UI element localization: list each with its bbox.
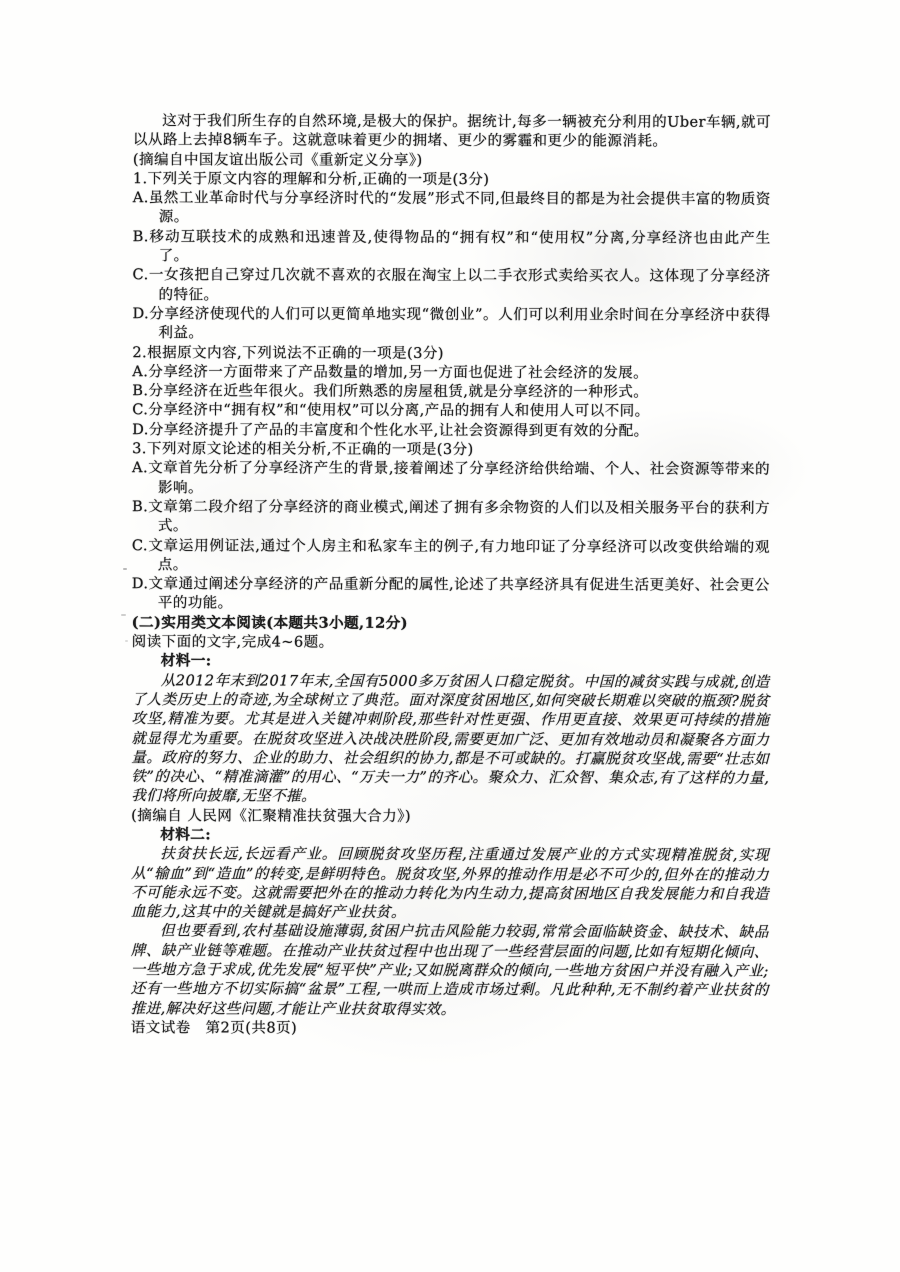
material-2-label: 材料二: (131, 825, 769, 846)
question-3-stem: 3.下列对原文论述的相关分析,不正确的一项是(3分) (132, 439, 770, 460)
material-1-attribution: (摘编自 人民网《汇聚精准扶贫强大合力》) (131, 806, 769, 827)
question-3-option-d: D.文章通过阐述分享经济的产品重新分配的属性,论述了共享经济具有促进生活更美好、… (132, 574, 770, 614)
question-2-option-a: A.分享经济一方面带来了产品数量的增加,另一方面也促进了社会经济的发展。 (132, 362, 770, 383)
question-1: 1.下列关于原文内容的理解和分析,正确的一项是(3分) A.虽然工业革命时代与分… (132, 169, 770, 344)
material-2-paragraph-2: 但也要看到,农村基础设施薄弱,贫困户抗击风险能力较弱,常常会面临缺资金、缺技术、… (131, 922, 769, 1020)
question-1-option-c: C.一女孩把自己穿过几次就不喜欢的衣服在淘宝上以二手衣形式卖给买衣人。这体现了分… (132, 266, 770, 306)
question-3-option-a: A.文章首先分析了分享经济产生的背景,接着阐述了分享经济给供给端、个人、社会资源… (132, 459, 770, 499)
question-3-option-c: C.文章运用例证法,通过个人房主和私家车主的例子,有力地印证了分享经济可以改变供… (132, 536, 770, 576)
scanned-exam-page: 这对于我们所生存的自然环境,是极大的保护。据统计,每多一辆被充分利用的Uber车… (0, 0, 900, 1272)
question-2-option-c: C.分享经济中“拥有权”和“使用权”可以分离,产品的拥有人和使用人可以不同。 (132, 401, 770, 422)
question-1-option-b: B.移动互联技术的成熟和迅速普及,使得物品的“拥有权”和“使用权”分离,分享经济… (133, 227, 771, 267)
material-2-paragraph-1: 扶贫扶长远,长远看产业。回顾脱贫攻坚历程,注重通过发展产业的方式实现精准脱贫,实… (131, 844, 769, 923)
page-number-footer: 语文试卷 第2页(共8页) (131, 1018, 769, 1039)
question-2-option-d: D.分享经济提升了产品的丰富度和个性化水平,让社会资源得到更有效的分配。 (132, 420, 770, 441)
question-2-option-b: B.分享经济在近些年很火。我们所熟悉的房屋租赁,就是分享经济的一种形式。 (132, 381, 770, 402)
material-1-paragraph: 从2012年末到2017年末,全国有5000多万贫困人口稳定脱贫。中国的减贫实践… (131, 671, 769, 808)
scan-artifact (125, 640, 128, 642)
question-3: 3.下列对原文论述的相关分析,不正确的一项是(3分) A.文章首先分析了分享经济… (132, 439, 770, 614)
question-1-stem: 1.下列关于原文内容的理解和分析,正确的一项是(3分) (133, 169, 771, 190)
scan-artifact (123, 568, 127, 570)
page-content: 这对于我们所生存的自然环境,是极大的保护。据统计,每多一辆被充分利用的Uber车… (131, 111, 771, 1039)
question-2: 2.根据原文内容,下列说法不正确的一项是(3分) A.分享经济一方面带来了产品数… (132, 343, 770, 441)
section-b-heading: (二)实用类文本阅读(本题共3小题,12分) (132, 613, 770, 634)
scan-artifact (121, 614, 126, 616)
section-b-practical-reading: (二)实用类文本阅读(本题共3小题,12分) 阅读下面的文字,完成4~6题。 材… (131, 613, 770, 1020)
passage-closing-paragraph: 这对于我们所生存的自然环境,是极大的保护。据统计,每多一辆被充分利用的Uber车… (133, 111, 771, 151)
question-1-option-a: A.虽然工业革命时代与分享经济时代的“发展”形式不同,但最终目的都是为社会提供丰… (133, 188, 771, 228)
question-2-stem: 2.根据原文内容,下列说法不正确的一项是(3分) (132, 343, 770, 364)
section-b-instruction: 阅读下面的文字,完成4~6题。 (132, 632, 770, 653)
question-1-option-d: D.分享经济使现代的人们可以更简单地实现“微创业”。人们可以利用业余时间在分享经… (132, 304, 770, 344)
passage-attribution: (摘编自中国友谊出版公司《重新定义分享》) (133, 150, 771, 171)
question-3-option-b: B.文章第二段介绍了分享经济的商业模式,阐述了拥有多余物资的人们以及相关服务平台… (132, 497, 770, 537)
material-1-label: 材料一: (132, 651, 770, 672)
